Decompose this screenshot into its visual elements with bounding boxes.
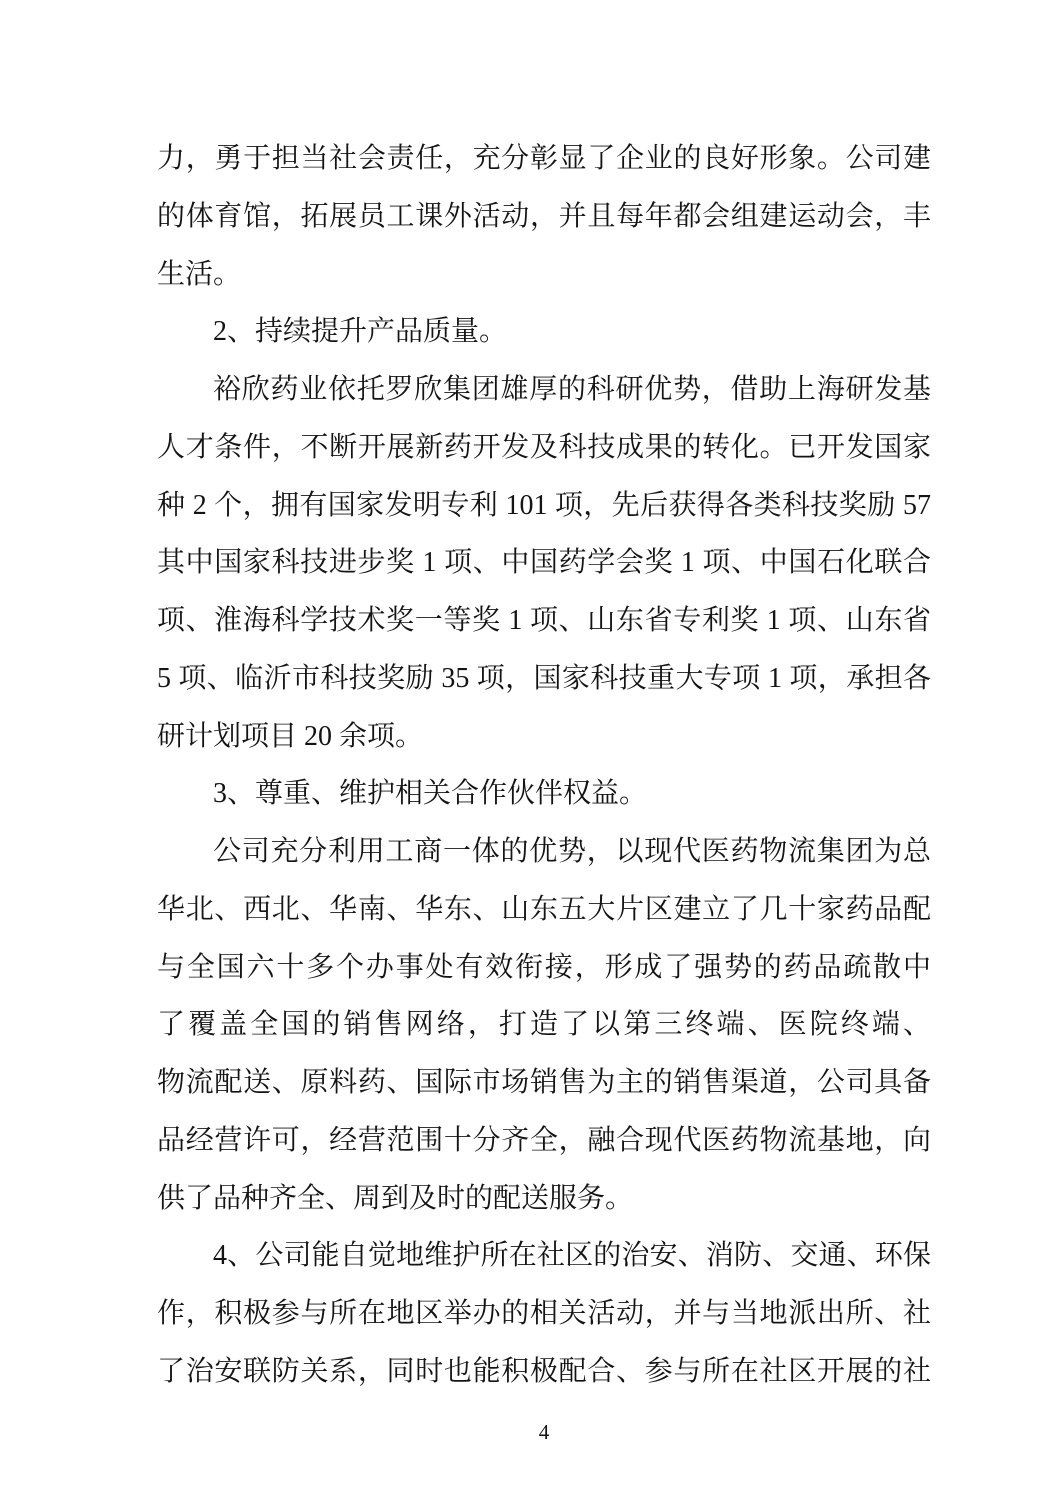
text-line: 的体育馆，拓展员工课外活动，并且每年都会组建运动会，丰富员工 [157,188,931,246]
text-line-heading: 2、持续提升产品质量。 [157,303,931,361]
text-line: 人才条件，不断开展新药开发及科技成果的转化。已开发国家新药品 [157,419,931,477]
text-line: 研计划项目 20 余项。 [157,708,931,766]
page-number: 4 [539,1420,550,1444]
text-line-heading: 3、尊重、维护相关合作伙伴权益。 [157,765,931,823]
text-line: 华北、西北、华南、华东、山东五大片区建立了几十家药品配送公司， [157,881,931,939]
text-line: 作，积极参与所在地区举办的相关活动，并与当地派出所、社区建立 [157,1285,931,1343]
text-line: 其中国家科技进步奖 1 项、中国药学会奖 1 项、中国石化联合会奖 1 [157,534,931,592]
text-line: 5 项、临沂市科技奖励 35 项，国家科技重大专项 1 项，承担各类科 [157,650,931,708]
document-page: 力，勇于担当社会责任，充分彰显了企业的良好形象。公司建有自己 的体育馆，拓展员工… [0,0,1064,1512]
page-footer: 4 [157,1419,931,1445]
text-line: 与全国六十多个办事处有效衔接，形成了强势的药品疏散中心，实现 [157,939,931,997]
text-line: 项、淮海科学技术奖一等奖 1 项、山东省专利奖 1 项、山东省科技奖 [157,592,931,650]
text-line: 物流配送、原料药、国际市场销售为主的销售渠道，公司具备毒麻药 [157,1054,931,1112]
text-line: 种 2 个，拥有国家发明专利 101 项，先后获得各类科技奖励 57 项， [157,477,931,535]
text-line: 生活。 [157,246,931,304]
text-line: 了覆盖全国的销售网络，打造了以第三终端、医院终端、OTC、招商、 [157,996,931,1054]
text-line: 裕欣药业依托罗欣集团雄厚的科研优势，借助上海研发基地高端 [157,361,931,419]
text-line: 公司充分利用工商一体的优势，以现代医药物流集团为总部，在 [157,823,931,881]
text-line: 4、公司能自觉地维护所在社区的治安、消防、交通、环保等工 [157,1227,931,1285]
text-line: 品经营许可，经营范围十分齐全，融合现代医药物流基地，向客户提 [157,1112,931,1170]
text-line: 力，勇于担当社会责任，充分彰显了企业的良好形象。公司建有自己 [157,130,931,188]
text-line: 供了品种齐全、周到及时的配送服务。 [157,1170,931,1228]
document-body: 力，勇于担当社会责任，充分彰显了企业的良好形象。公司建有自己 的体育馆，拓展员工… [157,130,931,1401]
text-line: 了治安联防关系，同时也能积极配合、参与所在社区开展的社会普查 [157,1343,931,1401]
